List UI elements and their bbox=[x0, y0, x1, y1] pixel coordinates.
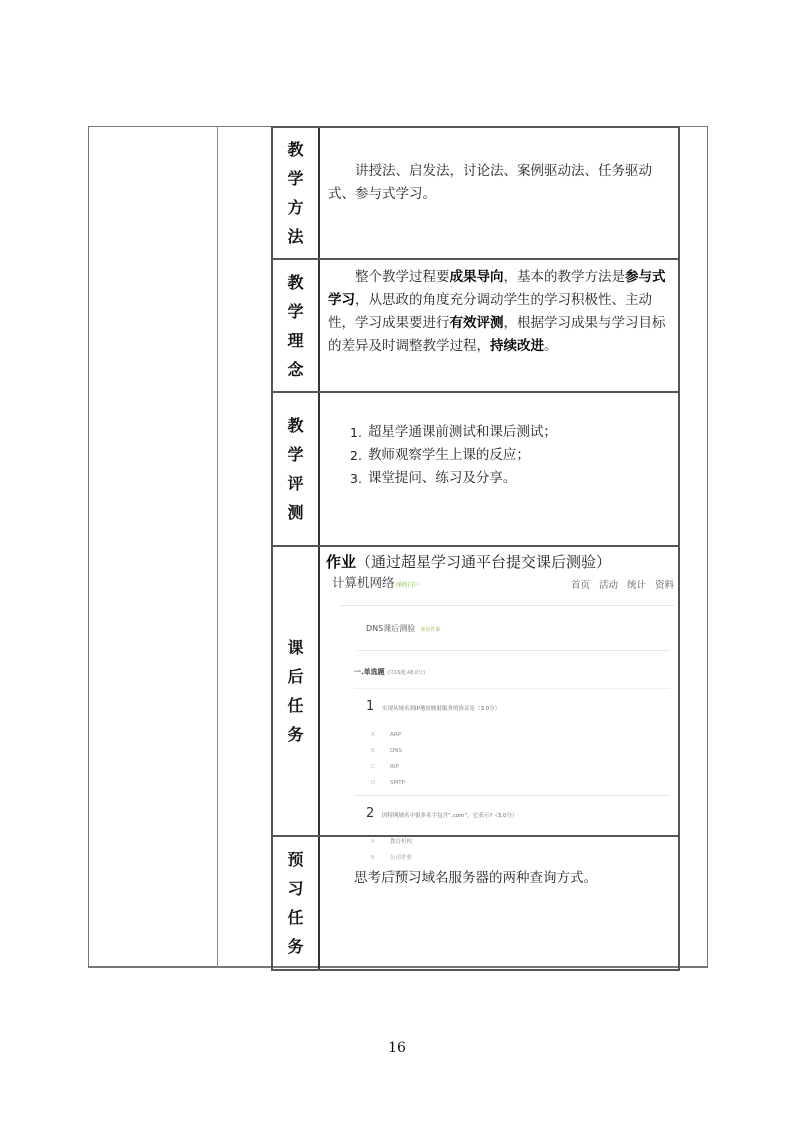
homework-title-bold: 作业 bbox=[326, 553, 356, 571]
text-segment: 整个教学过程要 bbox=[355, 269, 450, 285]
section-name: 一.单选题 bbox=[354, 668, 385, 676]
homework-title-rest: （通过超星学习通平台提交课后测验） bbox=[356, 553, 611, 571]
preview-task-text: 思考后预习域名服务器的两种查询方式。 bbox=[354, 867, 670, 890]
list-number: 2. bbox=[350, 444, 362, 467]
bold-segment: 成果导向 bbox=[450, 269, 504, 285]
nav-home: 首页 bbox=[571, 574, 590, 597]
row-content: 思考后预习域名服务器的两种查询方式。 bbox=[320, 837, 678, 969]
divider bbox=[340, 605, 674, 606]
quiz-name: DNS课后测验 bbox=[366, 624, 415, 633]
answer-option: AARP bbox=[371, 727, 678, 743]
quiz-status: 查看答案 bbox=[420, 627, 440, 633]
column-divider bbox=[217, 126, 218, 968]
label-char: 任 bbox=[287, 691, 303, 720]
label-char: 教 bbox=[287, 411, 303, 440]
answer-option: CRIP bbox=[371, 759, 678, 775]
label-char: 任 bbox=[287, 903, 303, 932]
label-char: 学 bbox=[287, 297, 303, 326]
label-char: 学 bbox=[287, 440, 303, 469]
question-text: 实现从域名到IP地址映射服务的协议是（3.0分） bbox=[382, 698, 500, 721]
question: 2 因特网域名中很多名字包含“.com”，它表示?（3.0分） bbox=[366, 802, 678, 828]
row-label: 教 学 方 法 bbox=[273, 128, 320, 258]
row-teaching-evaluation: 教 学 评 测 1. 超星学通课前测试和课后测试； 2. 教师观察学生上课的反应… bbox=[271, 391, 680, 545]
label-char: 评 bbox=[287, 469, 303, 498]
teaching-philosophy-text: 整个教学过程要成果导向，基本的教学方法是参与式学习，从思政的角度充分调动学生的学… bbox=[328, 266, 670, 358]
course-nav: 首页 活动 统计 资料 bbox=[571, 574, 678, 597]
teaching-methods-text: 讲授法、启发法，讨论法、案例驱动法、任务驱动式、参与式学习。 bbox=[328, 160, 670, 206]
label-char: 学 bbox=[287, 164, 303, 193]
list-text: 超星学通课前测试和课后测试； bbox=[368, 421, 557, 444]
option-letter: D bbox=[371, 772, 390, 795]
label-char: 念 bbox=[287, 355, 303, 384]
label-char: 理 bbox=[287, 326, 303, 355]
answer-option: DSMTP bbox=[371, 775, 678, 791]
document-page: 教 学 方 法 讲授法、启发法，讨论法、案例驱动法、任务驱动式、参与式学习。 教… bbox=[0, 0, 794, 1123]
option-text: SMTP bbox=[390, 772, 405, 795]
divider bbox=[354, 795, 670, 796]
divider bbox=[354, 688, 670, 689]
question-text: 因特网域名中很多名字包含“.com”，它表示?（3.0分） bbox=[382, 805, 517, 828]
label-char: 方 bbox=[287, 193, 303, 222]
question-number: 1 bbox=[366, 695, 382, 718]
row-preview-task: 预 习 任 务 思考后预习域名服务器的两种查询方式。 bbox=[271, 835, 680, 971]
list-item: 3. 课堂提问、练习及分享。 bbox=[350, 467, 670, 490]
label-char: 预 bbox=[287, 845, 303, 874]
section-title: 一.单选题 (共16题,48.0分) bbox=[354, 661, 678, 685]
label-char: 教 bbox=[287, 268, 303, 297]
label-char: 测 bbox=[287, 498, 303, 527]
section-meta: (共16题,48.0分) bbox=[387, 670, 425, 676]
list-item: 2. 教师观察学生上课的反应； bbox=[350, 444, 670, 467]
question-number: 2 bbox=[366, 802, 382, 825]
homework-title: 作业（通过超星学习通平台提交课后测验） bbox=[326, 547, 678, 573]
nav-materials: 资料 bbox=[655, 574, 674, 597]
text-segment: ，基本的教学方法是 bbox=[504, 269, 626, 285]
list-item: 1. 超星学通课前测试和课后测试； bbox=[350, 421, 670, 444]
row-content: 1. 超星学通课前测试和课后测试； 2. 教师观察学生上课的反应； 3. 课堂提… bbox=[320, 393, 678, 545]
course-title: 计算机网络课程门户 bbox=[332, 571, 420, 597]
row-label: 课 后 任 务 bbox=[273, 547, 320, 835]
label-char: 课 bbox=[287, 633, 303, 662]
row-label: 教 学 理 念 bbox=[273, 260, 320, 391]
label-char: 法 bbox=[287, 222, 303, 251]
answer-option: BDNS bbox=[371, 743, 678, 759]
nav-activity: 活动 bbox=[599, 574, 618, 597]
divider bbox=[358, 650, 670, 651]
label-char: 务 bbox=[287, 932, 303, 961]
row-label: 预 习 任 务 bbox=[273, 837, 320, 969]
row-teaching-methods: 教 学 方 法 讲授法、启发法，讨论法、案例驱动法、任务驱动式、参与式学习。 bbox=[271, 126, 680, 258]
course-name: 计算机网络 bbox=[332, 575, 395, 590]
course-portal-label: 课程门户 bbox=[396, 582, 420, 589]
course-header: 计算机网络课程门户 首页 活动 统计 资料 bbox=[326, 577, 678, 597]
row-content: 作业（通过超星学习通平台提交课后测验） 计算机网络课程门户 首页 活动 统计 资… bbox=[320, 547, 678, 835]
lesson-table: 教 学 方 法 讲授法、启发法，讨论法、案例驱动法、任务驱动式、参与式学习。 教… bbox=[271, 126, 680, 971]
question: 1 实现从域名到IP地址映射服务的协议是（3.0分） bbox=[366, 695, 678, 721]
list-text: 教师观察学生上课的反应； bbox=[368, 444, 530, 467]
label-char: 后 bbox=[287, 662, 303, 691]
list-text: 课堂提问、练习及分享。 bbox=[368, 467, 517, 490]
bold-segment: 持续改进 bbox=[490, 338, 544, 354]
nav-stats: 统计 bbox=[627, 574, 646, 597]
row-content: 讲授法、启发法，讨论法、案例驱动法、任务驱动式、参与式学习。 bbox=[320, 128, 678, 258]
label-char: 务 bbox=[287, 720, 303, 749]
quiz-title: DNS课后测验查看答案 bbox=[366, 617, 678, 642]
page-number: 16 bbox=[0, 1040, 794, 1056]
bold-segment: 有效评测 bbox=[450, 315, 504, 331]
list-number: 3. bbox=[350, 467, 362, 490]
list-number: 1. bbox=[350, 421, 362, 444]
row-content: 整个教学过程要成果导向，基本的教学方法是参与式学习，从思政的角度充分调动学生的学… bbox=[320, 260, 678, 391]
text-segment: 。 bbox=[544, 338, 558, 354]
row-after-class-task: 课 后 任 务 作业（通过超星学习通平台提交课后测验） 计算机网络课程门户 首页… bbox=[271, 545, 680, 835]
label-char: 教 bbox=[287, 135, 303, 164]
label-char: 习 bbox=[287, 874, 303, 903]
row-label: 教 学 评 测 bbox=[273, 393, 320, 545]
row-teaching-philosophy: 教 学 理 念 整个教学过程要成果导向，基本的教学方法是参与式学习，从思政的角度… bbox=[271, 258, 680, 391]
